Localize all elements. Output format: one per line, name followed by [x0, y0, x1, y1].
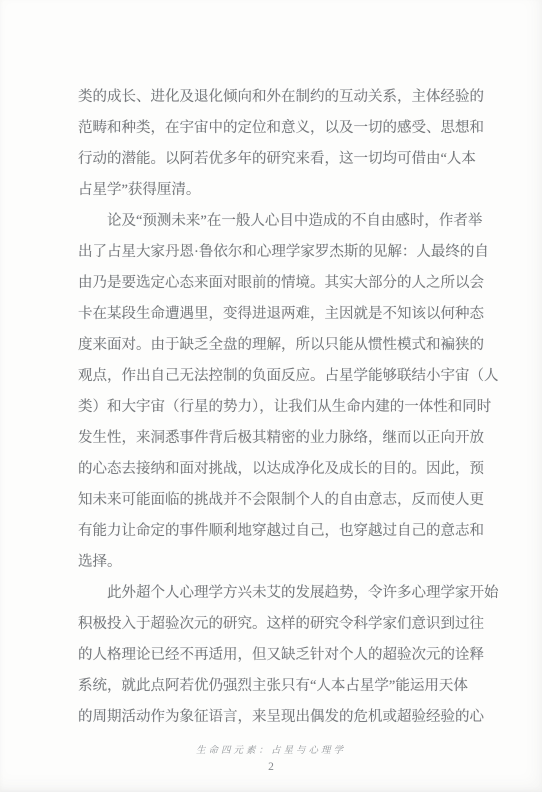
page-number: 2 [0, 761, 542, 773]
footer-book-title: 生命四元素：占星与心理学 [0, 742, 542, 756]
text-line: 由乃是要选定心态来面对眼前的情境。其实大部分的人之所以会 [78, 268, 498, 299]
text-line: 系统，就此点阿若优仍强烈主张只有“人本占星学”能运用天体 [78, 671, 498, 702]
body-text: 类的成长、进化及退化倾向和外在制约的互动关系，主体经验的 范畴和种类，在宇宙中的… [78, 82, 498, 733]
scanned-book-page: 类的成长、进化及退化倾向和外在制约的互动关系，主体经验的 范畴和种类，在宇宙中的… [0, 0, 542, 792]
text-line: 出了占星大家丹恩·鲁依尔和心理学家罗杰斯的见解：人最终的自 [78, 237, 498, 268]
text-line: 类）和大宇宙（行星的势力），让我们从生命内建的一体性和同时 [78, 392, 498, 423]
paragraph: 论及“预测未来”在一般人心目中造成的不自由感时，作者举 出了占星大家丹恩·鲁依尔… [78, 206, 498, 578]
text-line: 类的成长、进化及退化倾向和外在制约的互动关系，主体经验的 [78, 82, 498, 113]
text-line: 的周期活动作为象征语言，来呈现出偶发的危机或超验经验的心 [78, 702, 498, 733]
text-line: 卡在某段生命遭遇里，变得进退两难，主因就是不知该以何种态 [78, 299, 498, 330]
paragraph: 类的成长、进化及退化倾向和外在制约的互动关系，主体经验的 范畴和种类，在宇宙中的… [78, 82, 498, 206]
text-line: 的心态去接纳和面对挑战，以达成净化及成长的目的。因此，预 [78, 454, 498, 485]
text-line: 的人格理论已经不再适用，但又缺乏针对个人的超验次元的诠释 [78, 640, 498, 671]
text-line: 度来面对。由于缺乏全盘的理解，所以只能从惯性模式和褊狭的 [78, 330, 498, 361]
text-line: 积极投入于超验次元的研究。这样的研究令科学家们意识到过往 [78, 609, 498, 640]
text-line: 此外超个人心理学方兴未艾的发展趋势，令许多心理学家开始 [78, 578, 498, 609]
text-line: 论及“预测未来”在一般人心目中造成的不自由感时，作者举 [78, 206, 498, 237]
text-line: 行动的潜能。以阿若优多年的研究来看，这一切均可借由“人本 [78, 144, 498, 175]
paragraph: 此外超个人心理学方兴未艾的发展趋势，令许多心理学家开始 积极投入于超验次元的研究… [78, 578, 498, 733]
text-line: 范畴和种类，在宇宙中的定位和意义，以及一切的感受、思想和 [78, 113, 498, 144]
text-line: 有能力让命定的事件顺利地穿越过自己，也穿越过自己的意志和 [78, 516, 498, 547]
text-line: 发生性，来洞悉事件背后极其精密的业力脉络，继而以正向开放 [78, 423, 498, 454]
text-line: 占星学”获得厘清。 [78, 175, 498, 206]
text-line: 观点，作出自己无法控制的负面反应。占星学能够联结小宇宙（人 [78, 361, 498, 392]
text-line: 知未来可能面临的挑战并不会限制个人的自由意志，反而使人更 [78, 485, 498, 516]
text-line: 选择。 [78, 547, 498, 578]
